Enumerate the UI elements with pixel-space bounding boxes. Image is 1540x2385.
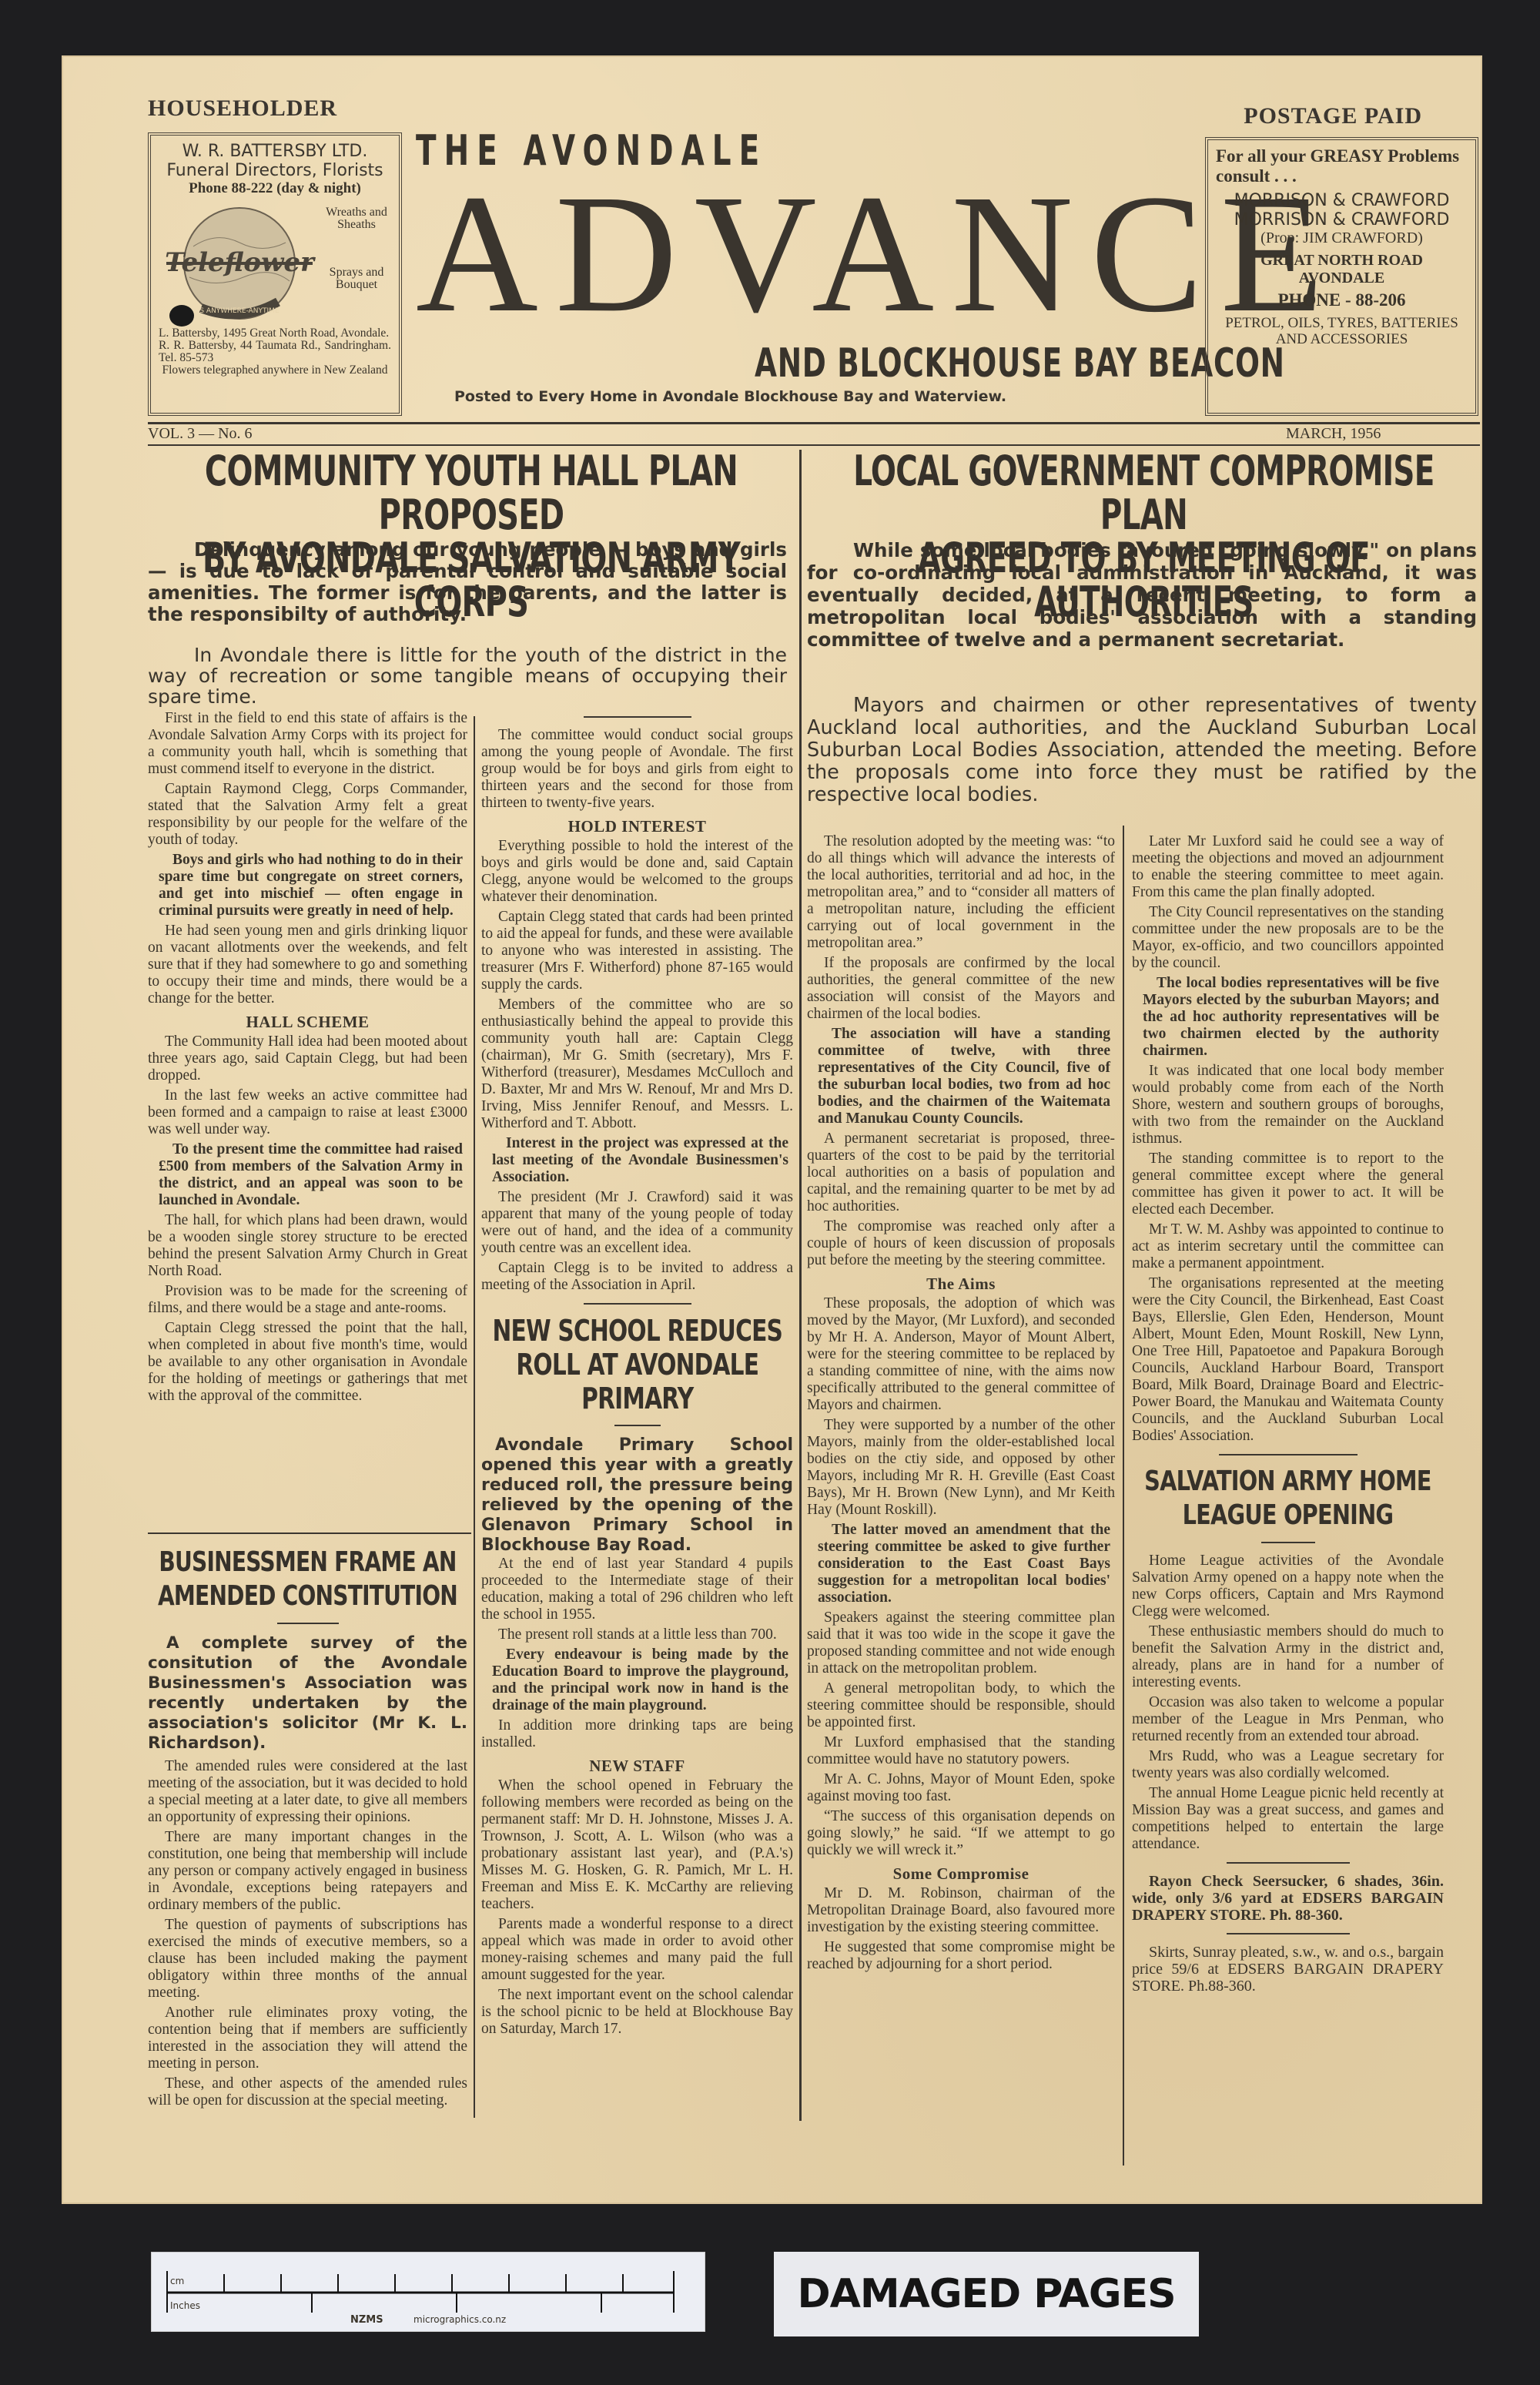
paragraph: Home League activities of the Avondale S…	[1132, 1553, 1444, 1620]
subhead-the-aims: The Aims	[807, 1275, 1115, 1292]
youth-hall-lead: Delinquency among our young people — boy…	[148, 539, 787, 625]
ad-footer: Flowers telegraphed anywhere in New Zeal…	[159, 364, 391, 377]
masthead-rule	[148, 422, 1480, 424]
paragraph: “The success of this organisation depend…	[807, 1808, 1115, 1859]
separator	[584, 716, 691, 718]
paragraph: The organisations represented at the mee…	[1132, 1275, 1444, 1445]
home-league-headline: SALVATION ARMY HOME LEAGUE OPENING	[1132, 1465, 1444, 1532]
paragraph: Captain Raymond Clegg, Corps Commander, …	[148, 781, 467, 849]
paragraph: A permanent secretariat is proposed, thr…	[807, 1131, 1115, 1215]
paragraph-bold: The local bodies representatives will be…	[1143, 975, 1439, 1060]
paragraph-bold: The association will have a standing com…	[818, 1026, 1110, 1127]
localgov-lead: While some local bodies favoured "going …	[807, 539, 1477, 651]
ruler-brand: NZMS	[350, 2314, 383, 2326]
paragraph-bold: The latter moved an amendment that the s…	[818, 1522, 1110, 1606]
paragraph: In the last few weeks an active committe…	[148, 1087, 467, 1138]
separator	[1261, 1542, 1315, 1543]
paragraph: Captain Clegg stressed the point that th…	[148, 1320, 467, 1405]
paragraph: The hall, for which plans had been drawn…	[148, 1212, 467, 1280]
ad-battersby: W. R. BATTERSBY LTD. Funeral Directors, …	[148, 132, 402, 416]
scale-ruler: cm Inches NZMS micrographics.co.nz	[151, 2252, 705, 2332]
separator	[1219, 1454, 1358, 1455]
separator	[584, 1303, 691, 1305]
headline-line-1: COMMUNITY YOUTH HALL PLAN PROPOSED	[148, 450, 795, 537]
paragraph: These, and other aspects of the amended …	[148, 2075, 467, 2109]
ad-morrison-crawford: For all your GREASY Problems consult . .…	[1205, 137, 1478, 416]
headline-line-1: LOCAL GOVERNMENT COMPROMISE PLAN	[807, 450, 1481, 537]
ad-phone: Phone 88-222 (day & night)	[159, 180, 391, 197]
teleflower-logo: Teleflower S ANYWHERE-ANYTIME Wreaths an…	[159, 200, 391, 327]
column-rule	[474, 716, 475, 2118]
paragraph: Provision was to be made for the screeni…	[148, 1283, 467, 1317]
ad-name-1: MORRISON & CRAWFORD	[1216, 191, 1468, 210]
paragraph: They were supported by a number of the o…	[807, 1417, 1115, 1519]
issue-date: MARCH, 1956	[1286, 425, 1381, 443]
paragraph: Mr T. W. M. Ashby was appointed to conti…	[1132, 1221, 1444, 1272]
ad-street: GREAT NORTH ROAD	[1216, 252, 1468, 270]
paragraph: The Community Hall idea had been mooted …	[148, 1033, 467, 1084]
paragraph: These proposals, the adoption of which w…	[807, 1295, 1115, 1414]
paragraph: The committee would conduct social group…	[481, 727, 793, 812]
paragraph: First in the field to end this state of …	[148, 710, 467, 778]
paragraph: He had seen young men and girls drinking…	[148, 923, 467, 1007]
ad-goods: PETROL, OILS, TYRES, BATTERIES AND ACCES…	[1216, 315, 1468, 347]
separator	[614, 1425, 661, 1426]
ad-services: Funeral Directors, Florists	[159, 161, 391, 180]
separator	[277, 1623, 339, 1624]
paragraph-bold: Boys and girls who had nothing to do in …	[159, 852, 463, 919]
paragraph: It was indicated that one local body mem…	[1132, 1063, 1444, 1147]
subhead-new-staff: NEW STAFF	[481, 1757, 793, 1774]
paragraph: The standing committee is to report to t…	[1132, 1151, 1444, 1218]
paragraph: The amended rules were considered at the…	[148, 1758, 467, 1826]
separator	[1227, 1933, 1350, 1934]
school-lead: Avondale Primary School opened this year…	[481, 1435, 793, 1556]
subhead-hold-interest: HOLD INTEREST	[481, 818, 793, 835]
paragraph: Captain Clegg is to be invited to addres…	[481, 1260, 793, 1294]
ad-phone-right: PHONE - 88-206	[1216, 290, 1468, 310]
paragraph: The annual Home League picnic held recen…	[1132, 1785, 1444, 1853]
paragraph: If the proposals are confirmed by the lo…	[807, 955, 1115, 1023]
paragraph: Mr A. C. Johns, Mayor of Mount Eden, spo…	[807, 1771, 1115, 1805]
dateline-rule	[148, 444, 1480, 446]
youth-hall-column-2: The committee would conduct social group…	[481, 716, 793, 2041]
page-center-rule	[799, 450, 802, 2121]
paragraph-bold: Interest in the project was expressed at…	[492, 1135, 788, 1186]
paragraph: The question of payments of subscription…	[148, 1917, 467, 2001]
svg-text:Teleflower: Teleflower	[165, 247, 316, 278]
paragraph: Parents made a wonderful response to a d…	[481, 1916, 793, 1984]
classified-ad-seersucker: Rayon Check Seersucker, 6 shades, 36in. …	[1132, 1873, 1444, 1924]
ruler-inch-label: Inches	[170, 2300, 200, 2311]
ruler-cm-label: cm	[170, 2276, 184, 2286]
ad-suburb: AVONDALE	[1216, 270, 1468, 287]
paragraph: Captain Clegg stated that cards had been…	[481, 909, 793, 993]
paragraph-bold: Every endeavour is being made by the Edu…	[492, 1646, 788, 1714]
paragraph: Everything possible to hold the interest…	[481, 838, 793, 906]
ad-address-2: R. R. Battersby, 44 Taumata Rd., Sandrin…	[159, 340, 391, 364]
masthead-title: THE AVONDALE ADVANCE AND BLOCKHOUSE BAY …	[416, 126, 1201, 419]
paragraph: These enthusiastic members should do muc…	[1132, 1623, 1444, 1691]
newspaper-page: HOUSEHOLDER POSTAGE PAID W. R. BATTERSBY…	[62, 55, 1482, 2204]
paragraph: The resolution adopted by the meeting wa…	[807, 833, 1115, 952]
ad-company: W. R. BATTERSBY LTD.	[159, 142, 391, 161]
localgov-column-2: Later Mr Luxford said he could see a way…	[1132, 833, 1444, 1998]
localgov-sublead: Mayors and chairmen or other representat…	[807, 695, 1477, 806]
ad-prop: (Prop: JIM CRAWFORD)	[1216, 229, 1468, 247]
ad-side-sprays: Sprays and Bouquet	[322, 266, 391, 291]
localgov-column-1: The resolution adopted by the meeting wa…	[807, 833, 1115, 1976]
paragraph: The compromise was reached only after a …	[807, 1218, 1115, 1269]
subhead-some-compromise: Some Compromise	[807, 1865, 1115, 1882]
column-rule	[1123, 826, 1124, 2166]
householder-label: HOUSEHOLDER	[148, 95, 337, 122]
paragraph: The present roll stands at a little less…	[481, 1626, 793, 1643]
svg-text:S ANYWHERE-ANYTIME: S ANYWHERE-ANYTIME	[199, 307, 280, 315]
tagline: Posted to Every Home in Avondale Blockho…	[454, 388, 1006, 405]
paragraph: He suggested that some compromise might …	[807, 1939, 1115, 1973]
title-advance: ADVANCE	[416, 173, 1193, 334]
ad-name-2: MORRISON & CRAWFORD	[1216, 210, 1468, 229]
paragraph: Mrs Rudd, who was a League secretary for…	[1132, 1748, 1444, 1782]
paragraph: Later Mr Luxford said he could see a way…	[1132, 833, 1444, 901]
paragraph: When the school opened in February the f…	[481, 1777, 793, 1913]
youth-hall-sublead: In Avondale there is little for the yout…	[148, 645, 787, 707]
damaged-pages-label: DAMAGED PAGES	[774, 2252, 1199, 2336]
separator	[1227, 1862, 1350, 1864]
paragraph: In addition more drinking taps are being…	[481, 1717, 793, 1751]
paragraph: The City Council representatives on the …	[1132, 904, 1444, 972]
youth-hall-column-1: First in the field to end this state of …	[148, 710, 467, 1408]
school-headline: NEW SCHOOL REDUCES ROLL AT AVONDALE PRIM…	[481, 1314, 794, 1415]
paragraph: The president (Mr J. Crawford) said it w…	[481, 1189, 793, 1257]
paragraph: Occasion was also taken to welcome a pop…	[1132, 1694, 1444, 1745]
paragraph: Speakers against the steering committee …	[807, 1610, 1115, 1677]
classified-ad-skirts: Skirts, Sunray pleated, s.w., w. and o.s…	[1132, 1944, 1444, 1995]
postage-paid-label: POSTAGE PAID	[1244, 103, 1422, 129]
paragraph: At the end of last year Standard 4 pupil…	[481, 1556, 793, 1623]
business-headline: BUSINESSMEN FRAME AN AMENDED CONSTITUTIO…	[148, 1546, 467, 1613]
ruler-site: micrographics.co.nz	[413, 2314, 506, 2325]
paragraph: Another rule eliminates proxy voting, th…	[148, 2005, 467, 2072]
globe-logo-icon: Teleflower S ANYWHERE-ANYTIME	[159, 200, 320, 327]
paragraph: The next important event on the school c…	[481, 1987, 793, 2038]
ad-side-wreaths: Wreaths and Sheaths	[322, 206, 391, 231]
paragraph: Members of the committee who are so enth…	[481, 997, 793, 1132]
paragraph-bold: To the present time the committee had ra…	[159, 1141, 463, 1209]
ad-address-1: L. Battersby, 1495 Great North Road, Avo…	[159, 327, 391, 340]
ad-greasy-line: For all your GREASY Problems consult . .…	[1216, 146, 1468, 186]
paragraph: Mr D. M. Robinson, chairman of the Metro…	[807, 1885, 1115, 1936]
volume-number: VOL. 3 — No. 6	[148, 425, 253, 443]
article-rule	[148, 1532, 471, 1534]
paragraph: Mr Luxford emphasised that the standing …	[807, 1734, 1115, 1768]
paragraph: There are many important changes in the …	[148, 1829, 467, 1914]
business-article: BUSINESSMEN FRAME AN AMENDED CONSTITUTIO…	[148, 1546, 467, 2112]
business-lead: A complete survey of the consitution of …	[148, 1633, 467, 1754]
subhead-hall-scheme: HALL SCHEME	[148, 1013, 467, 1030]
paragraph: A general metropolitan body, to which th…	[807, 1680, 1115, 1731]
